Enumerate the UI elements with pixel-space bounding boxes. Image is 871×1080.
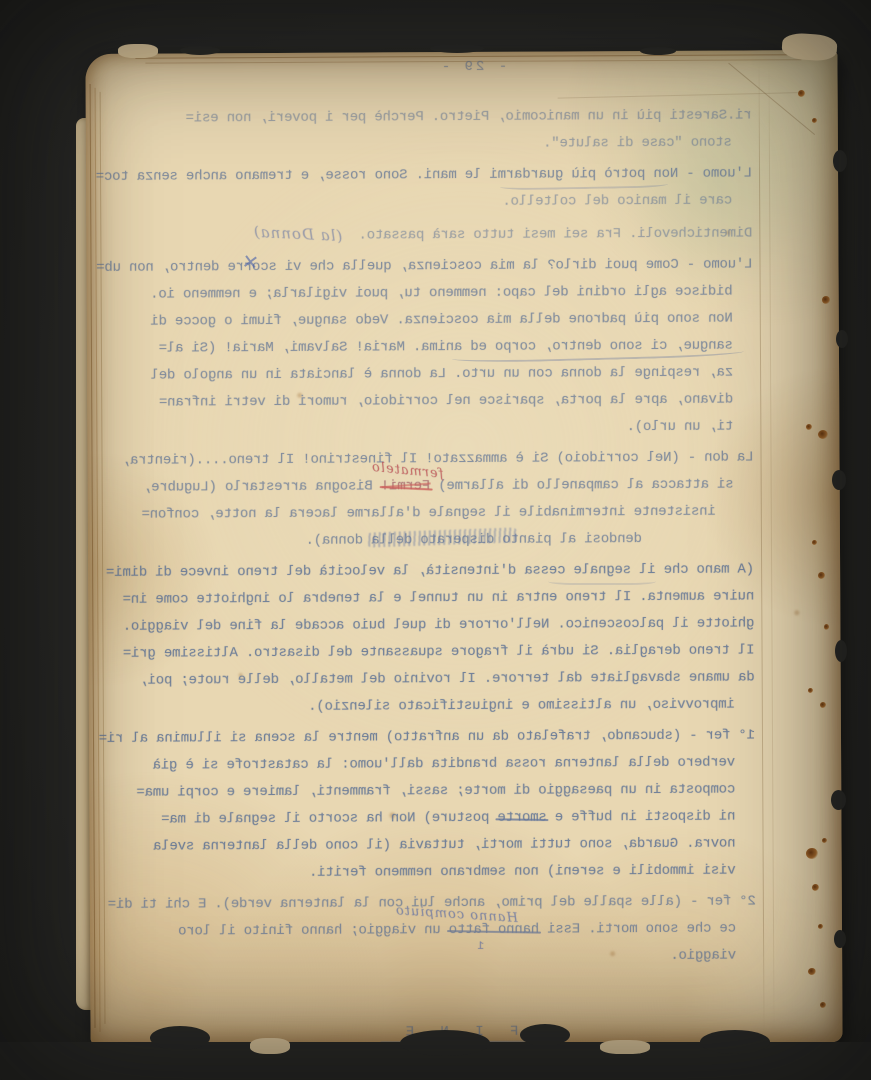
typescript-page: - 29 - ri.Saresti più in un manicomio, P… [85,50,842,1046]
typescript-line: bidisce agli ordini del capo: nemmeno tu… [81,279,733,309]
bottom-paper-bump [250,1038,290,1054]
rust-spot [812,118,817,123]
handwritten-note-la-donna: (la Donna) [253,219,344,250]
rust-spot [808,968,816,975]
bottom-tear [150,1026,210,1050]
typescript-line: improvviso, un altissimo e ingiustificat… [83,692,735,722]
rust-spot [818,924,823,929]
rust-spot [820,1002,826,1008]
edge-tear [430,44,484,53]
struck-word: smorte [498,810,547,826]
rust-spot [812,884,819,891]
typescript-line: ghiotte il palcoscenico. Nell'orrore di … [82,610,754,641]
ink-underline [548,578,656,585]
rust-spot [812,540,817,545]
page-number: - 29 - [79,56,751,78]
typescript-line: Dimentichevoli. Fra sei mesi tutto sarà … [80,218,752,251]
edge-tear [834,930,846,948]
typescript-line: ni disposti in buffe e smorte posture) N… [83,804,735,834]
torn-paper-flap [118,44,158,58]
typescript-line: divano, apre la porta, sparisce nel corr… [81,387,733,417]
typescript-line: dendosi al pianto disperato della donna)… [82,526,642,556]
bottom-tear [400,1030,490,1056]
corner-fold [751,50,838,146]
typescript-line: L'uomo - Come puoi dirlo? la mia coscien… [80,251,752,282]
rust-spot [818,572,825,579]
typed-text: Dimentichevoli. Fra sei mesi tutto sarà … [359,225,753,243]
bottom-tear [700,1030,770,1054]
rust-spot [822,838,827,843]
typed-text: ce che sono morti. Essi [539,921,736,938]
typescript-line: visi immobili e sereni) non sembrano nem… [84,858,736,888]
typescript-line: stono "case di salute". [80,130,732,160]
typescript-line: novra. Guarda, sono tutti morti, tuttavi… [83,831,735,861]
typescript-line: ri.Saresti più in un manicomio, Pietro. … [80,102,752,133]
typescript-line: si attacca al campanello di allarme) Fer… [82,472,734,502]
rust-spot [806,424,812,430]
typed-text: si attacca al campanello di allarme) [430,477,734,495]
scanned-typescript-photo: - 29 - ri.Saresti più in un manicomio, P… [0,0,871,1080]
typescript-line: Non sono più padrone della mia coscienza… [81,306,733,336]
typescript-line: ce che sono morti. Essi hanno fatto un v… [84,916,736,946]
typescript-line: viaggio. [84,943,736,973]
edge-tear [833,150,847,172]
foxing-spot [794,610,799,615]
typescript-line: nuire aumenta. Il treno entra in un tunn… [82,583,754,614]
edge-tear [832,470,846,490]
typed-text: ni disposti in buffe e [547,809,736,826]
edge-tear [180,46,220,55]
rust-spot [824,624,829,630]
typescript-line: care il manico del coltello. [80,188,732,218]
typescript-line: za, respinge la donna con un urto. La do… [81,360,733,390]
ink-x-mark: ✕ [240,249,260,275]
typescript-line: da umane sbavagliate dal terrore. Il rov… [83,664,755,695]
rust-spot [822,296,830,304]
rust-spot [818,430,828,439]
edge-tear [831,790,846,810]
edge-tear [640,47,676,55]
typescript-line: verbero della lanterna rossa brandita da… [83,750,735,780]
typescript-line: Il treno deraglia. Si udrà il fragore sq… [82,637,754,668]
rust-spot [798,90,805,97]
typed-text: posture) Non ha scorto il segnale di ma= [161,810,497,828]
spacer [80,74,752,106]
typescript-line: composta in un paesaggio di morte; sassi… [83,777,735,807]
rust-spot [808,688,813,693]
mirrored-typewritten-text: - 29 - ri.Saresti più in un manicomio, P… [79,56,756,1038]
rust-spot [820,702,826,708]
edge-tear [835,640,847,662]
typed-text: Bisogna arrestarlo (Lugubre, [143,478,381,495]
typescript-line: ti, un urlo). [81,414,733,444]
edge-tear [836,330,848,348]
bottom-paper-bump [600,1040,650,1054]
typescript-line: insistente interminabile il segnale d'al… [82,499,716,529]
typescript-line: 1° fer - (sbucando, trafelato da un anfr… [83,722,755,753]
rust-spot [806,848,818,859]
bottom-tear [520,1024,570,1046]
